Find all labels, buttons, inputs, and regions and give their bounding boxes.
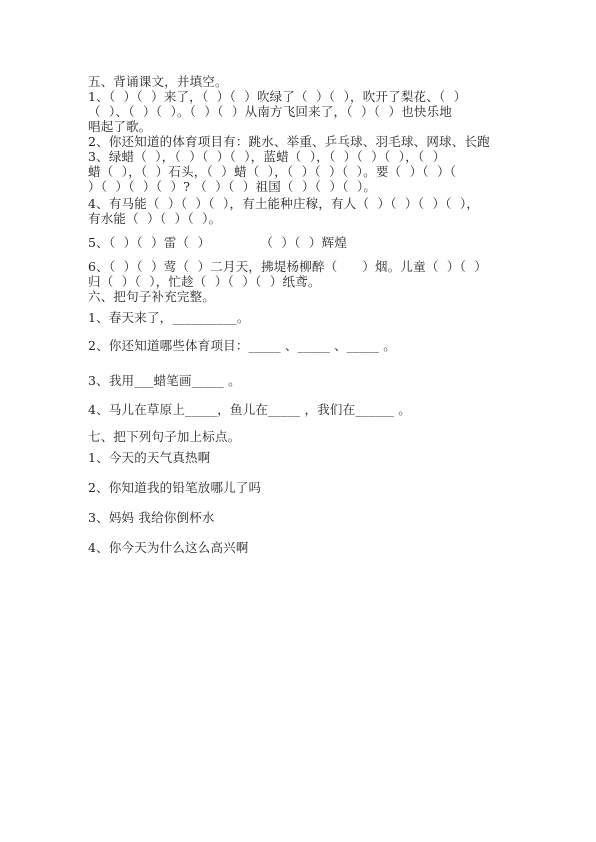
section-seven-heading: 七、把下列句子加上标点。 xyxy=(88,429,526,444)
s6-q4-line: 4、马儿在草原上_____，鱼儿在_____ ，我们在______ 。 xyxy=(88,402,526,417)
section-five-heading: 五、背诵课文，并填空。 xyxy=(88,74,526,89)
s7-q3-line: 3、妈妈 我给你倒杯水 xyxy=(88,510,526,525)
s5-q1-line-3: 唱起了歌。 xyxy=(88,119,526,134)
s5-q1-line-2: （ ）、（ ）（ ）。（ ）（ ）从南方飞回来了，（ ）（ ）也快乐地 xyxy=(88,104,526,119)
s7-q4-line: 4、你今天为什么这么高兴啊 xyxy=(88,540,526,555)
s7-q1-line: 1、今天的天气真热啊 xyxy=(88,450,526,465)
s6-q2-line: 2、你还知道哪些体育项目：_____ 、_____ 、_____ 。 xyxy=(88,338,526,353)
s6-q3-line: 3、我用___蜡笔画_____ 。 xyxy=(88,373,526,388)
s6-q1-line: 1、春天来了，__________。 xyxy=(88,310,526,325)
s5-q4-line-2: 有水能（ ）（ ）（ ）。 xyxy=(88,211,526,226)
s5-q6-line-1: 6、（ ）（ ）莺（ ）二月天，拂堤杨柳醉（ ）烟。儿童（ ）（ ） xyxy=(88,259,526,274)
section-six-heading: 六、把句子补充完整。 xyxy=(88,289,526,304)
s5-q2-line: 2、你还知道的体育项目有：跳水、举重、乒乓球、羽毛球、网球、长跑 xyxy=(88,134,526,149)
s5-q5-line: 5、（ ）（ ）雷（ ） （ ）（ ）辉煌 xyxy=(88,235,526,250)
s5-q4-line-1: 4、有马能（ ）（ ）（ ），有土能种庄稼，有人（ ）（ ）（ ）（ ）， xyxy=(88,196,526,211)
s5-q3-line-2: 蜡（ ），（ ）石头，（ ）蜡（ ），（ ）（ ）（ ）。要（ ）（ ）（ xyxy=(88,164,526,179)
s5-q3-line-3: ）（ ）（ ）（ ）? （ ）（ ）祖国（ ）（ ）（ ）。 xyxy=(88,179,526,194)
s5-q1-line-1: 1、（ ）（ ）来了，（ ）（ ）吹绿了（ ）（ ），吹开了梨花、（ ） xyxy=(88,89,526,104)
worksheet-page: 五、背诵课文，并填空。 1、（ ）（ ）来了，（ ）（ ）吹绿了（ ）（ ），吹… xyxy=(0,0,596,842)
s5-q6-line-2: 归（ ）（ ），忙趁（ ）（ ）（ ）纸鸢。 xyxy=(88,274,526,289)
s7-q2-line: 2、你知道我的铅笔放哪儿了吗 xyxy=(88,480,526,495)
s5-q3-line-1: 3、绿蜡（ ），（ ）（ ）（ ），蓝蜡（ ），（ ）（ ）（ ），（ ） xyxy=(88,149,526,164)
worksheet-content: 五、背诵课文，并填空。 1、（ ）（ ）来了，（ ）（ ）吹绿了（ ）（ ），吹… xyxy=(88,74,526,555)
